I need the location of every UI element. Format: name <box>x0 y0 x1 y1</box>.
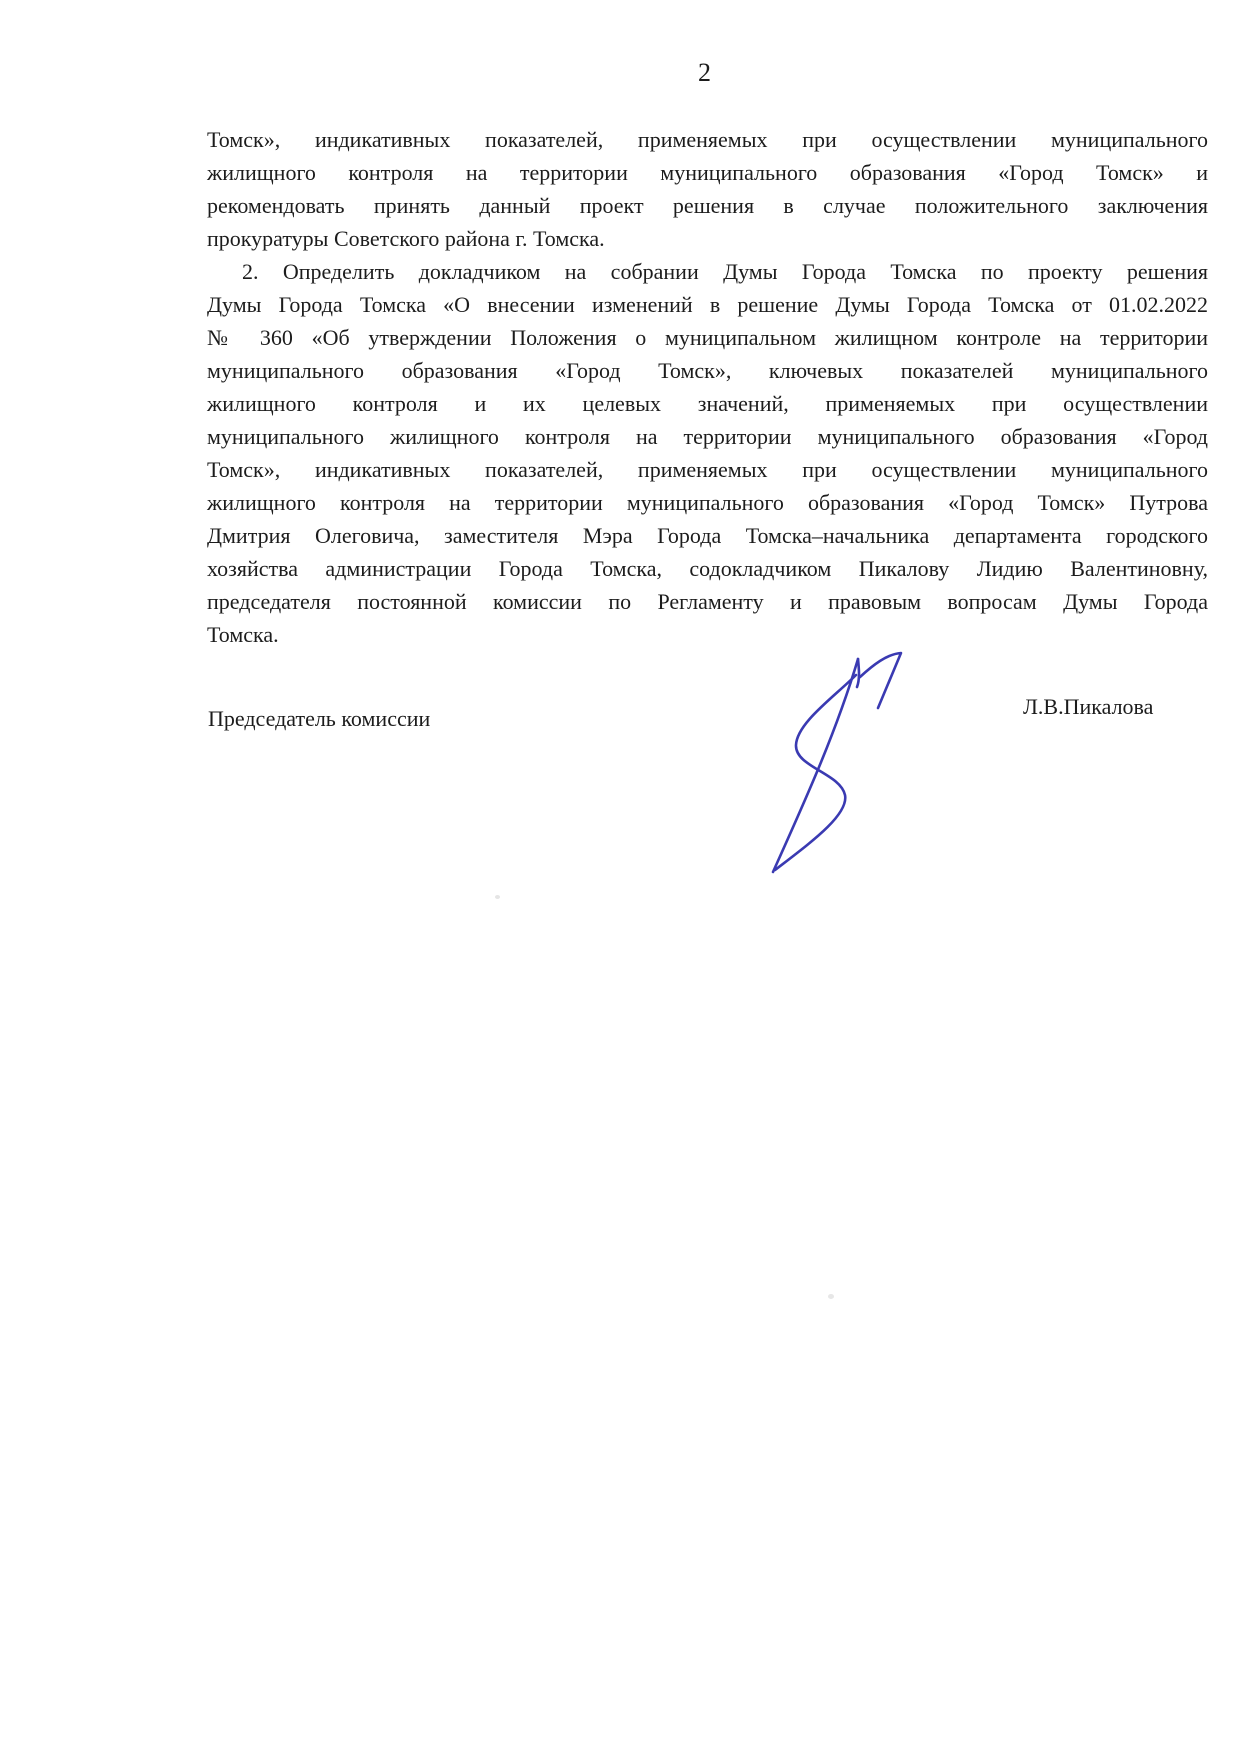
scan-artifact-dot <box>495 895 500 899</box>
text-line: Томска. <box>207 618 1208 651</box>
text-line: муниципального жилищного контроля на тер… <box>207 420 1208 453</box>
scan-artifact-dot <box>828 1294 834 1299</box>
text-line: жилищного контроля на территории муницип… <box>207 486 1208 519</box>
text-line: 2. Определить докладчиком на собрании Ду… <box>207 255 1208 288</box>
text-line: Томск», индикативных показателей, примен… <box>207 123 1208 156</box>
text-line: рекомендовать принять данный проект реше… <box>207 189 1208 222</box>
page-number: 2 <box>698 58 711 88</box>
text-line: председателя постоянной комиссии по Регл… <box>207 585 1208 618</box>
signer-role-label: Председатель комиссии <box>208 706 430 732</box>
signer-name: Л.В.Пикалова <box>1023 694 1153 720</box>
document-body: Томск», индикативных показателей, примен… <box>207 123 1208 651</box>
text-line: муниципального образования «Город Томск»… <box>207 354 1208 387</box>
text-line: жилищного контроля на территории муницип… <box>207 156 1208 189</box>
text-line: хозяйства администрации Города Томска, с… <box>207 552 1208 585</box>
handwritten-signature-icon <box>760 633 916 883</box>
document-page: 2 Томск», индикативных показателей, прим… <box>0 0 1240 1753</box>
text-line: № 360 «Об утверждении Положения о муници… <box>207 321 1208 354</box>
text-line: Думы Города Томска «О внесении изменений… <box>207 288 1208 321</box>
text-line: Томск», индикативных показателей, примен… <box>207 453 1208 486</box>
text-line: жилищного контроля и их целевых значений… <box>207 387 1208 420</box>
text-line: прокуратуры Советского района г. Томска. <box>207 222 1208 255</box>
text-line: Дмитрия Олеговича, заместителя Мэра Горо… <box>207 519 1208 552</box>
